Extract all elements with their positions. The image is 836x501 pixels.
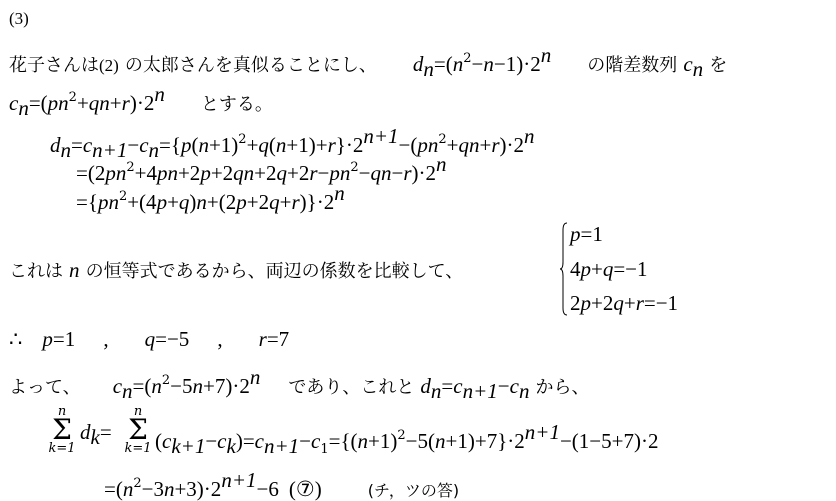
intro-line-1: 花子さんは(2) の太郎さんを真似ることにし、 dn=(n2−n−1)·2n の… (9, 43, 727, 81)
dn-formula: dn=(n2−n−1)·2n (413, 54, 557, 76)
sum-line-2: =(n2−3n+3)·2n+1−6 (⑦) (チ，ツの答) (104, 468, 459, 501)
circled-note: (⑦) (289, 477, 322, 501)
separator: , (217, 327, 222, 351)
sum-line-1-part-b: (ck+1−ck)=cn+1−c1={(n+1)2−5(n+1)+7}·2n+1… (155, 420, 658, 462)
intro-line-2: cn=(pn2+qn+r)·2n とする。 (9, 82, 273, 120)
identity-variable: n (69, 258, 80, 282)
result-line: よって、 cn=(n2−5n+7)·2n であり、これと dn=cn+1−cn … (9, 365, 589, 403)
solution-q: q=−5 (145, 329, 190, 351)
sum-line-1-part-a: dk= (80, 420, 112, 449)
sigma-icon: Σ (47, 418, 77, 442)
intro-text: の太郎さんを真似ることにし、 (125, 55, 377, 76)
identity-line: これは n の恒等式であるから、両辺の係数を比較して、 (9, 258, 463, 284)
difference-relation: dn=cn+1−cn (420, 376, 535, 398)
sigma-lower: k=1 (123, 442, 153, 456)
equation-system: p=1 4p+q=−1 2p+2q+r=−1 (560, 222, 760, 318)
intro-text: の階差数列 (587, 55, 677, 76)
cn-var: c (683, 52, 692, 76)
left-brace-icon (560, 222, 568, 316)
system-row-1: p=1 (570, 222, 603, 247)
identity-text: の恒等式であるから、両辺の係数を比較して、 (86, 261, 464, 282)
separator: , (103, 327, 108, 351)
therefore-symbol: ∴ (9, 327, 22, 351)
identity-text: これは (9, 261, 63, 282)
answer-label: (チ，ツの答) (368, 481, 459, 500)
result-text: から、 (535, 377, 589, 398)
solution-r: r=7 (259, 329, 290, 351)
sigma-1: n Σ k=1 (47, 405, 77, 456)
problem-label: (3) (9, 6, 29, 31)
cn-result-formula: cn=(n2−5n+7)·2n (113, 376, 267, 398)
result-text: であり、これと (288, 377, 414, 398)
sigma-lower: k=1 (47, 442, 77, 456)
result-text: よって、 (9, 377, 81, 398)
solution-line: ∴ p=1 , q=−5 , r=7 (9, 327, 289, 352)
system-row-3: 2p+2q+r=−1 (570, 291, 678, 316)
intro-text: とする。 (201, 94, 273, 115)
sigma-2: n Σ k=1 (123, 405, 153, 456)
sigma-icon: Σ (123, 418, 153, 442)
problem-number: (3) (9, 9, 29, 28)
cn-formula: cn=(pn2+qn+r)·2n (9, 93, 171, 115)
derivation-line-3: ={pn2+(4p+q)n+(2p+2q+r)}·2n (76, 181, 345, 215)
system-row-2: 4p+q=−1 (570, 257, 648, 282)
intro-text: 花子さんは (9, 55, 99, 76)
intro-text: を (709, 55, 727, 76)
solution-p: p=1 (42, 329, 75, 351)
part-reference: (2) (99, 56, 119, 75)
